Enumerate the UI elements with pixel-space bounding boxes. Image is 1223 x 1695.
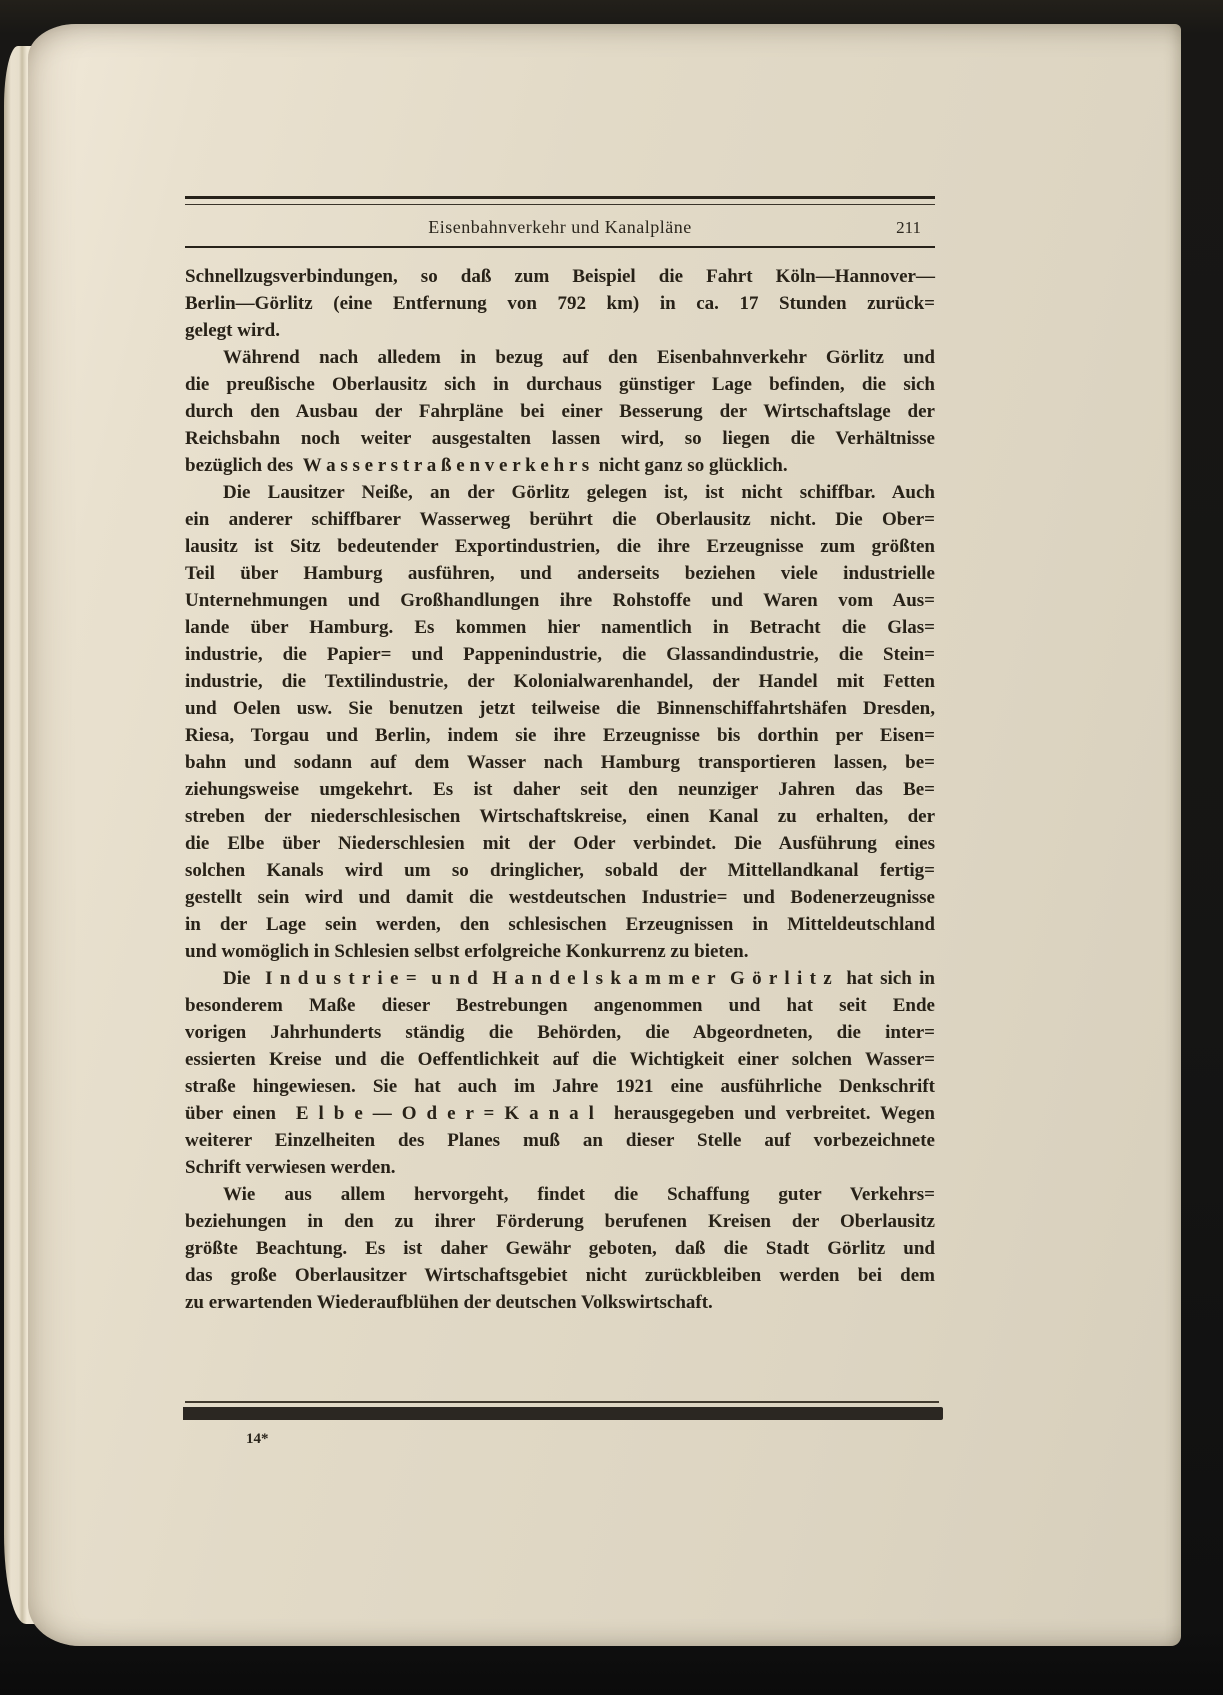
text-line: besonderem Maße dieser Bestrebungen ange… — [185, 992, 935, 1019]
text-line: Schnellzugsverbindungen, so daß zum Beis… — [185, 263, 935, 290]
paragraph: Während nach alledem in bezug auf den Ei… — [185, 344, 935, 479]
text-line: zu erwartenden Wiederaufblühen der deuts… — [185, 1289, 935, 1316]
signature-mark: 14* — [246, 1431, 269, 1448]
text-line: lausitz ist Sitz bedeutender Exportindus… — [185, 533, 935, 560]
running-header-title: Eisenbahnverkehr und Kanalpläne — [185, 217, 935, 238]
text-line: essierten Kreise und die Oeffentlichkeit… — [185, 1046, 935, 1073]
text-line: Schrift verwiesen werden. — [185, 1154, 935, 1181]
text-line: größte Beachtung. Es ist daher Gewähr ge… — [185, 1235, 935, 1262]
paragraph: Schnellzugsverbindungen, so daß zum Beis… — [185, 263, 935, 344]
text-line: streben der niederschlesischen Wirtschaf… — [185, 803, 935, 830]
text-line: gestellt sein wird und damit die westdeu… — [185, 884, 935, 911]
text-line: straße hingewiesen. Sie hat auch im Jahr… — [185, 1073, 935, 1100]
text-line: das große Oberlausitzer Wirtschaftsgebie… — [185, 1262, 935, 1289]
running-header: Eisenbahnverkehr und Kanalpläne 211 — [185, 211, 935, 245]
text-line: die Elbe über Niederschlesien mit der Od… — [185, 830, 935, 857]
body-text: Schnellzugsverbindungen, so daß zum Beis… — [185, 263, 935, 1316]
footer-rule-thin — [185, 1401, 939, 1403]
text-line: industrie, die Textilindustrie, der Kolo… — [185, 668, 935, 695]
text-line: beziehungen in den zu ihrer Förderung be… — [185, 1208, 935, 1235]
header-rule-thin — [185, 204, 935, 205]
text-line: durch den Ausbau der Fahrpläne bei einer… — [185, 398, 935, 425]
text-line: Reichsbahn noch weiter ausgestalten lass… — [185, 425, 935, 452]
footer-bar — [183, 1407, 943, 1420]
text-line: Die I n d u s t r i e = u n d H a n d e … — [185, 965, 935, 992]
page-number: 211 — [896, 218, 921, 238]
text-line: Die Lausitzer Neiße, an der Görlitz gele… — [185, 479, 935, 506]
text-line: Berlin—Görlitz (eine Entfernung von 792 … — [185, 290, 935, 317]
text-line: ein anderer schiffbarer Wasserweg berühr… — [185, 506, 935, 533]
text-line: und womöglich in Schlesien selbst erfolg… — [185, 938, 935, 965]
text-line: Unternehmungen und Großhandlungen ihre R… — [185, 587, 935, 614]
text-line: die preußische Oberlausitz sich in durch… — [185, 371, 935, 398]
scan-background: Eisenbahnverkehr und Kanalpläne 211 Schn… — [0, 0, 1223, 1695]
text-line: industrie, die Papier= und Pappenindustr… — [185, 641, 935, 668]
text-line: Während nach alledem in bezug auf den Ei… — [185, 344, 935, 371]
text-line: über einen E l b e — O d e r = K a n a l… — [185, 1100, 935, 1127]
header-rule-thick — [185, 196, 935, 199]
text-line: weiterer Einzelheiten des Planes muß an … — [185, 1127, 935, 1154]
header-rule-bottom — [185, 246, 935, 248]
text-line: ziehungsweise umgekehrt. Es ist daher se… — [185, 776, 935, 803]
paragraph: Die Lausitzer Neiße, an der Görlitz gele… — [185, 479, 935, 965]
text-line: Wie aus allem hervorgeht, findet die Sch… — [185, 1181, 935, 1208]
text-line: bahn und sodann auf dem Wasser nach Hamb… — [185, 749, 935, 776]
text-line: lande über Hamburg. Es kommen hier namen… — [185, 614, 935, 641]
text-line: bezüglich des W a s s e r s t r a ß e n … — [185, 452, 935, 479]
text-column: Eisenbahnverkehr und Kanalpläne 211 Schn… — [185, 196, 935, 1316]
paragraph: Die I n d u s t r i e = u n d H a n d e … — [185, 965, 935, 1181]
text-line: in der Lage sein werden, den schlesische… — [185, 911, 935, 938]
text-line: und Oelen usw. Sie benutzen jetzt teilwe… — [185, 695, 935, 722]
text-line: gelegt wird. — [185, 317, 935, 344]
text-line: solchen Kanals wird um so dringlicher, s… — [185, 857, 935, 884]
paragraph: Wie aus allem hervorgeht, findet die Sch… — [185, 1181, 935, 1316]
text-line: vorigen Jahrhunderts ständig die Behörde… — [185, 1019, 935, 1046]
text-line: Teil über Hamburg ausführen, und anderse… — [185, 560, 935, 587]
text-line: Riesa, Torgau und Berlin, indem sie ihre… — [185, 722, 935, 749]
